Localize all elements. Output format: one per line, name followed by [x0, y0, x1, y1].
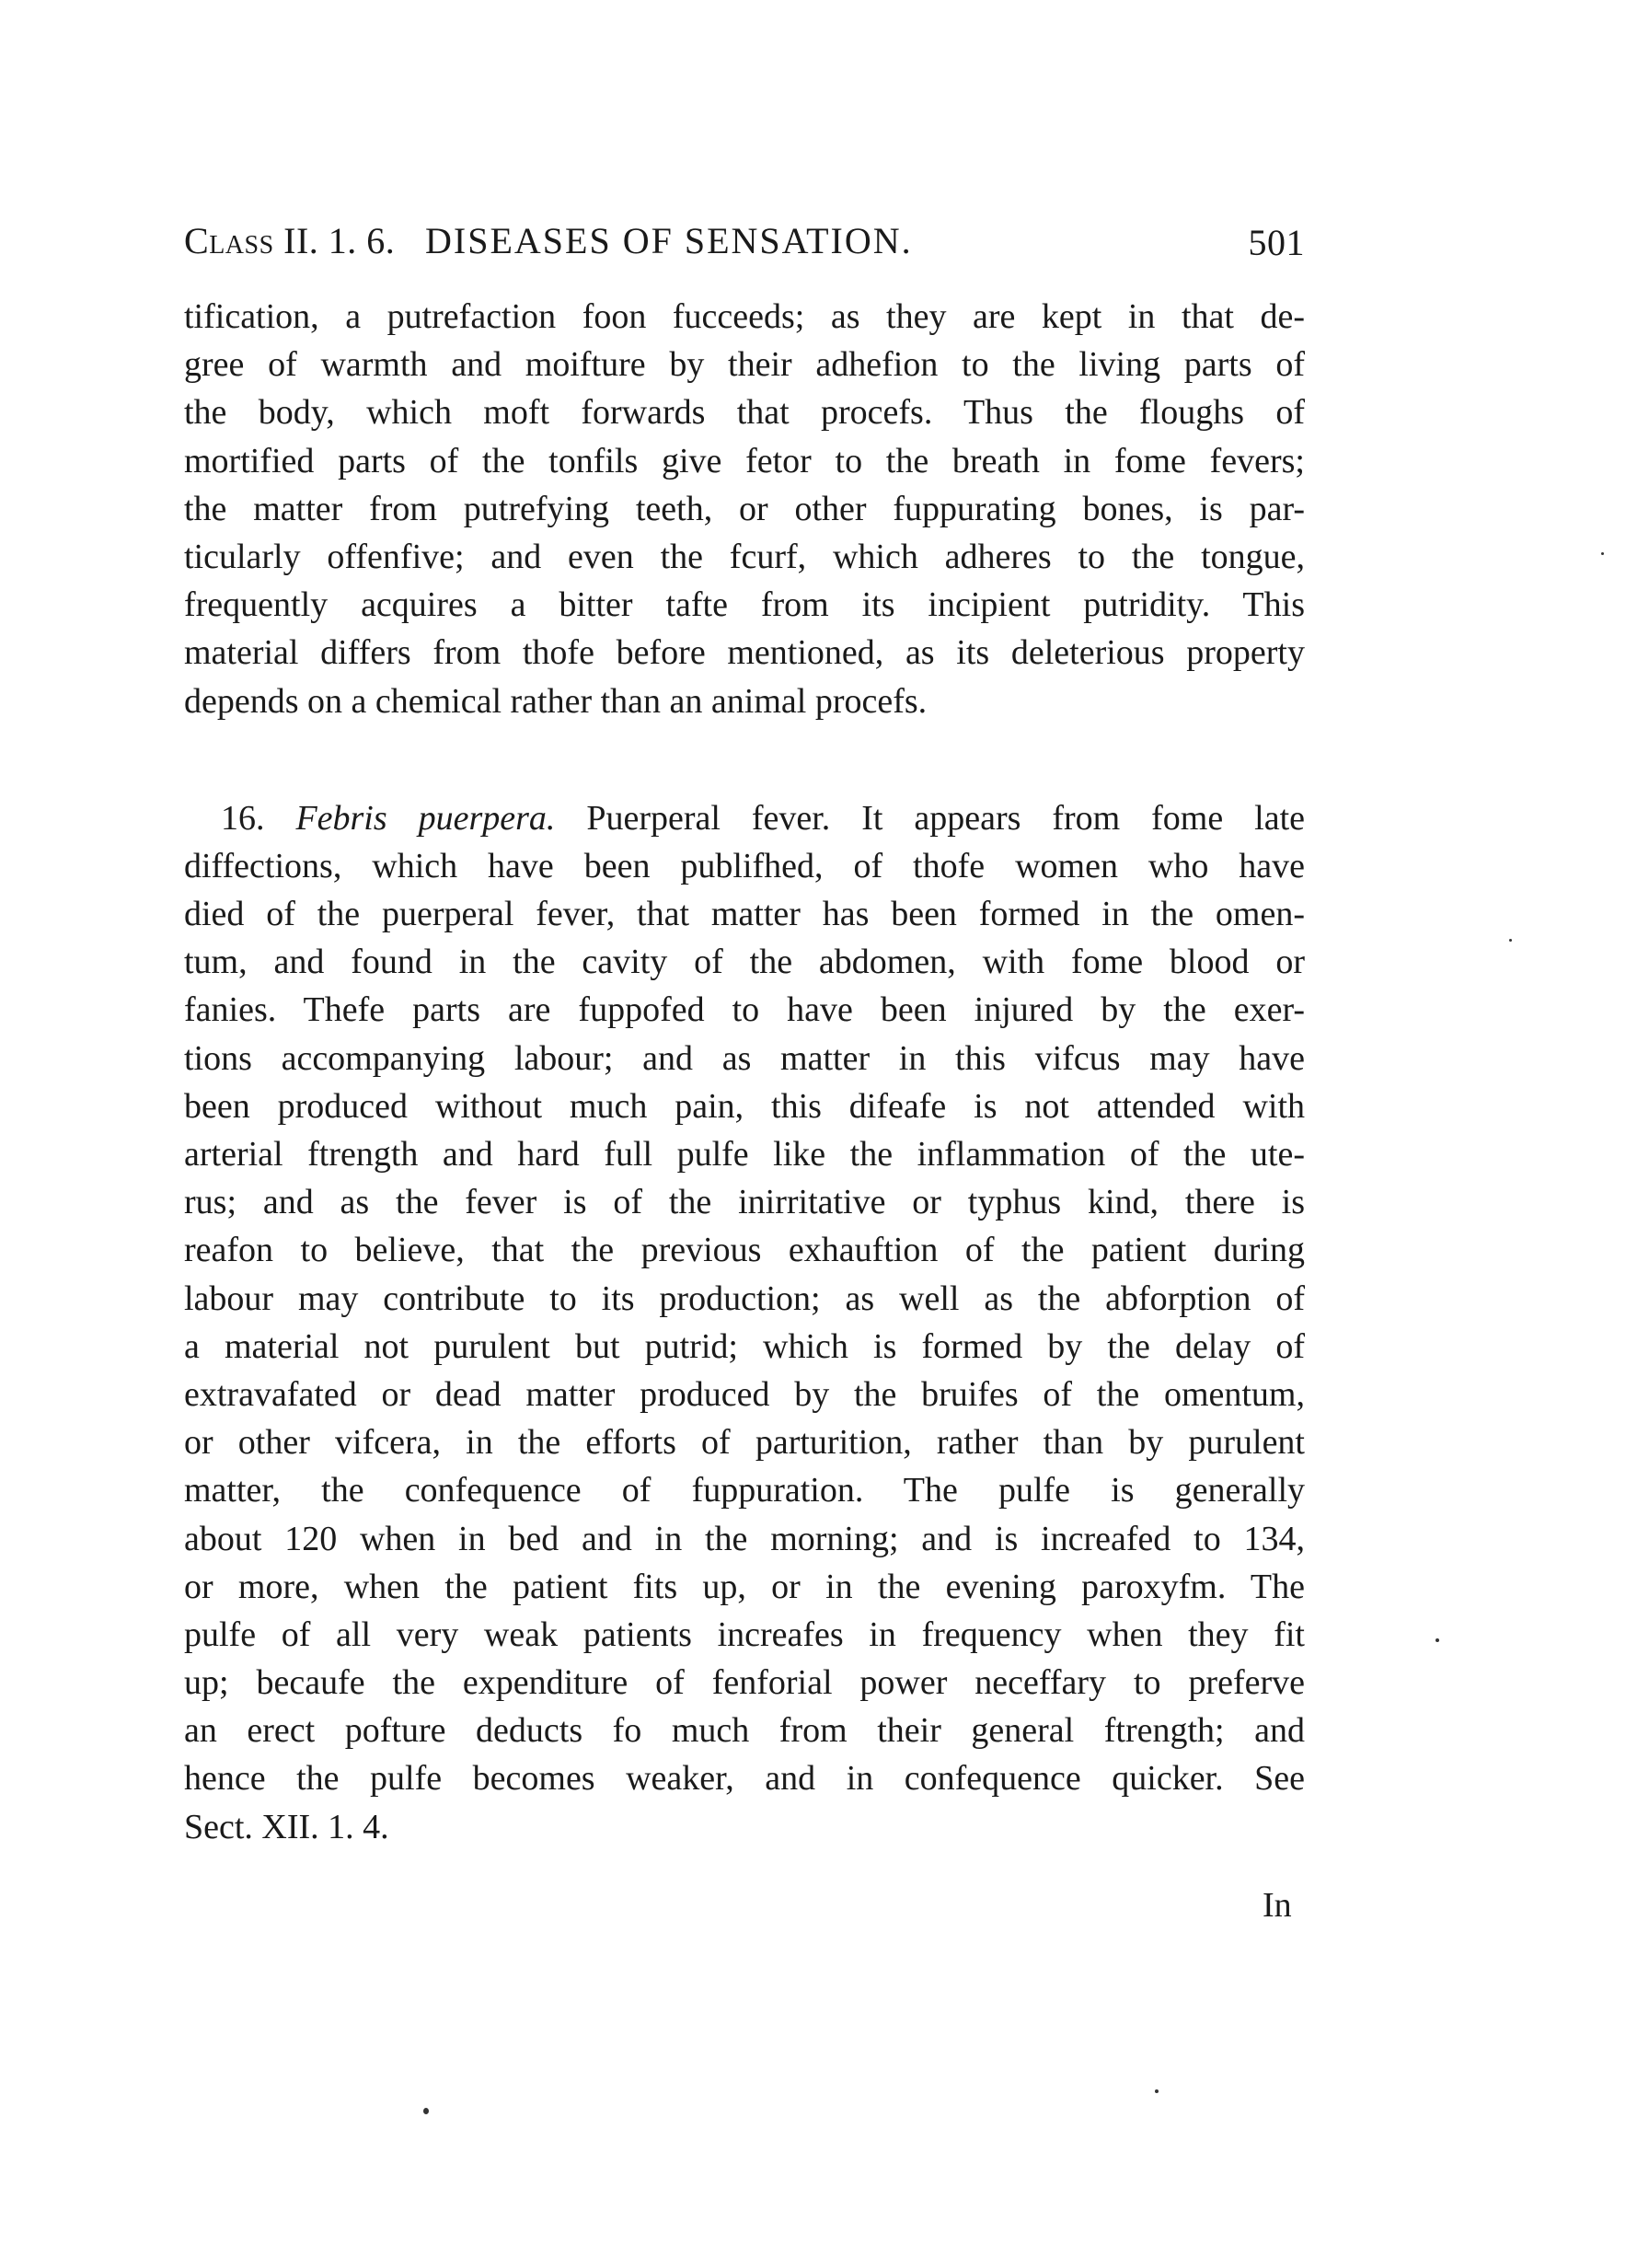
page-number: 501: [1249, 221, 1306, 264]
text-line: or other vifcera, in the efforts of part…: [184, 1418, 1305, 1466]
text-line: a material not purulent but putrid; whic…: [184, 1323, 1305, 1371]
text-line: ticularly offenfive; and even the fcurf,…: [184, 533, 1305, 581]
text-line: up; becaufe the expenditure of fenforial…: [184, 1659, 1305, 1707]
text-line: hence the pulfe becomes weaker, and in c…: [184, 1754, 1305, 1802]
text-line: the matter from putrefying teeth, or oth…: [184, 485, 1305, 533]
scan-speck: [1155, 2089, 1159, 2093]
text-line: depends on a chemical rather than an ani…: [184, 677, 1305, 725]
latin-disease-name: Febris puerpera.: [295, 799, 555, 838]
text-line: gree of warmth and moifture by their adh…: [184, 341, 1305, 388]
paragraph-first-line: 16. Febris puerpera. Puerperal fever. It…: [184, 794, 1305, 842]
text-line: material differs from thofe before menti…: [184, 629, 1305, 677]
scan-speck: [1436, 1638, 1439, 1642]
text-line: tions accompanying labour; and as matter…: [184, 1035, 1305, 1082]
book-page: CLASS II. 1. 6. DISEASES OF SENSATION. 5…: [0, 0, 1649, 2268]
paragraph-gap: [184, 725, 1305, 794]
text-line: or more, when the patient fits up, or in…: [184, 1563, 1305, 1611]
text-line: Sect. XII. 1. 4.: [184, 1803, 1305, 1851]
catchword: In: [1263, 1885, 1292, 1926]
scan-speck: [1601, 552, 1604, 555]
first-line-text: Puerperal fever. It appears from fome la…: [555, 799, 1305, 838]
text-line: tification, a putrefaction foon fucceeds…: [184, 293, 1305, 341]
scan-speck: [1509, 939, 1512, 942]
text-line: extravafated or dead matter produced by …: [184, 1371, 1305, 1418]
text-line: rus; and as the fever is of the inirrita…: [184, 1178, 1305, 1226]
text-line: an erect pofture deducts fo much from th…: [184, 1707, 1305, 1754]
text-line: about 120 when in bed and in the morning…: [184, 1515, 1305, 1563]
running-header: CLASS II. 1. 6. DISEASES OF SENSATION. 5…: [184, 219, 1305, 274]
text-line: pulfe of all very weak patients increafe…: [184, 1611, 1305, 1659]
text-line: mortified parts of the tonfils give feto…: [184, 437, 1305, 485]
text-line: the body, which moft forwards that proce…: [184, 388, 1305, 436]
text-line: arterial ftrength and hard full pulfe li…: [184, 1130, 1305, 1178]
text-line: matter, the confequence of fuppuration. …: [184, 1466, 1305, 1514]
text-line: tum, and found in the cavity of the abdo…: [184, 938, 1305, 986]
text-line: reafon to believe, that the previous exh…: [184, 1226, 1305, 1274]
running-head-title: DISEASES OF SENSATION.: [425, 219, 913, 262]
scan-speck: [423, 2108, 429, 2114]
text-line: labour may contribute to its production;…: [184, 1275, 1305, 1323]
text-line: frequently acquires a bitter tafte from …: [184, 581, 1305, 629]
paragraph-continuation: tification, a putrefaction foon fucceeds…: [184, 293, 1305, 725]
text-line: been produced without much pain, this di…: [184, 1082, 1305, 1130]
section-number: 16.: [221, 799, 265, 838]
page-body: tification, a putrefaction foon fucceeds…: [184, 293, 1305, 1851]
text-line: diffections, which have been publifhed, …: [184, 842, 1305, 890]
running-head-class: CLASS II. 1. 6.: [184, 219, 395, 262]
text-line: died of the puerperal fever, that matter…: [184, 890, 1305, 938]
text-line: fanies. Thefe parts are fuppofed to have…: [184, 986, 1305, 1034]
paragraph-puerperal-fever: 16. Febris puerpera. Puerperal fever. It…: [184, 794, 1305, 1851]
